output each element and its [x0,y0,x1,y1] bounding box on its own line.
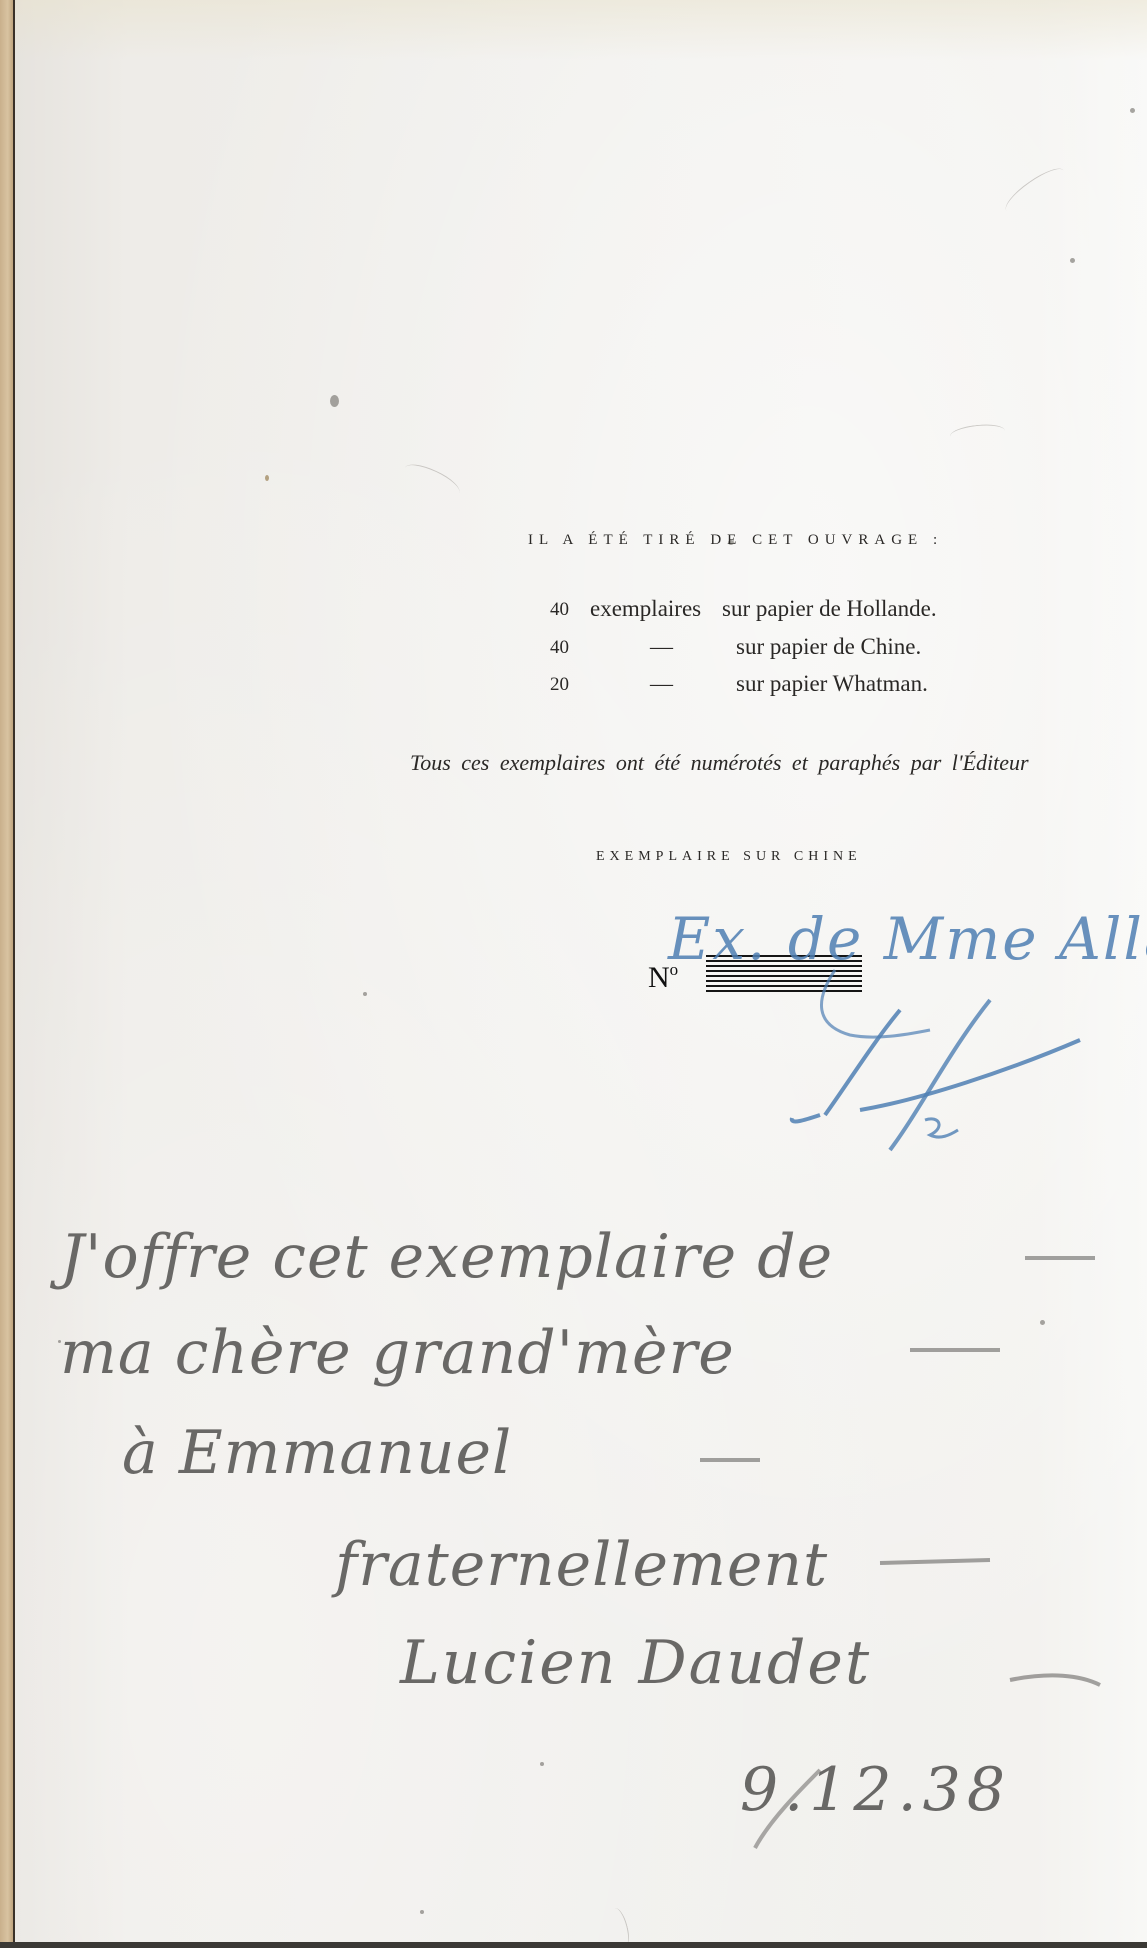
copy-quantity: 20 [550,674,569,696]
dedication-line-4: fraternellement [335,1530,828,1600]
page-bottom-edge [0,1942,1147,1948]
dedication-line-1: J'offre cet exemplaire de [60,1222,833,1292]
book-spine-edge [0,0,13,1948]
blue-underline-flourish [665,930,1025,1050]
limitation-header: IL A ÉTÉ TIRÉ DE CET OUVRAGE : [528,532,943,549]
limitation-line-hollande: 40 exemplaires sur papier de Hollande. [550,596,1010,626]
dedication-line-3: à Emmanuel [122,1418,512,1488]
ditto-dash: — [650,634,673,660]
paper-type: sur papier Whatman. [736,671,928,697]
page-top-toning [15,0,1147,60]
paper-type: sur papier de Chine. [736,634,921,660]
copy-label: exemplaires [590,596,701,622]
copy-type-label: EXEMPLAIRE SUR CHINE [596,849,862,865]
signature: Lucien Daudet [400,1628,871,1698]
ditto-dash: — [650,671,673,697]
copy-quantity: 40 [550,599,569,621]
dedication-line-2: ma chère grand'mère [60,1318,735,1388]
limitation-line-whatman: 20 — sur papier Whatman. [550,671,1010,701]
paper-type: sur papier de Hollande. [722,596,937,622]
limitation-line-chine: 40 — sur papier de Chine. [550,634,1010,664]
numbering-note: Tous ces exemplaires ont été numérotés e… [410,750,1029,776]
copy-quantity: 40 [550,637,569,659]
inscription-date: 9.12.38 [740,1755,1011,1825]
